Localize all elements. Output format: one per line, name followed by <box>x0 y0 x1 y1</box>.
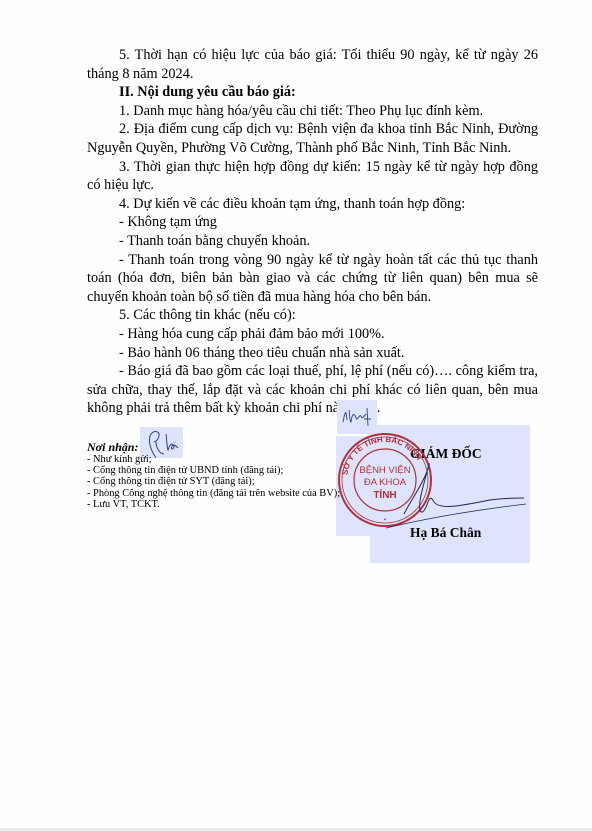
paragraph-warranty: - Bảo hành 06 tháng theo tiêu chuẩn nhà … <box>87 344 538 363</box>
initials-mark-icon <box>340 404 374 430</box>
recipient-item: - Phòng Công nghệ thông tin (đăng tải tr… <box>87 488 340 499</box>
paragraph-payment-90-days: - Thanh toán trong vòng 90 ngày kể từ ng… <box>87 251 538 307</box>
recipient-item: - Lưu VT, TCKT. <box>87 499 340 510</box>
paragraph-payment-terms: 4. Dự kiến về các điều khoản tạm ứng, th… <box>87 195 538 214</box>
recipient-item: - Như kính gửi; <box>87 454 340 465</box>
director-signature-icon <box>380 458 530 528</box>
paragraph-new-goods: - Hàng hóa cung cấp phải đảm bảo mới 100… <box>87 325 538 344</box>
paragraph-no-advance: - Không tạm ứng <box>87 213 538 232</box>
paragraph-location: 2. Địa điểm cung cấp dịch vụ: Bệnh viện … <box>87 120 538 157</box>
recipient-item: - Cổng thông tin điện tử SYT (đăng tải); <box>87 476 340 487</box>
paragraph-bank-transfer: - Thanh toán bằng chuyển khoản. <box>87 232 538 251</box>
document-body: 5. Thời hạn có hiệu lực của báo giá: Tối… <box>87 46 538 418</box>
recipients-block: Nơi nhận: - Như kính gửi; - Cổng thông t… <box>87 440 340 510</box>
section-heading: II. Nội dung yêu cầu báo giá: <box>87 83 538 102</box>
paragraph-duration: 3. Thời gian thực hiện hợp đồng dự kiến:… <box>87 158 538 195</box>
signatory-name: Hạ Bá Chân <box>410 525 481 541</box>
paragraph-other-info: 5. Các thông tin khác (nếu có): <box>87 306 538 325</box>
recipients-title: Nơi nhận: <box>87 440 340 454</box>
paragraph-validity: 5. Thời hạn có hiệu lực của báo giá: Tối… <box>87 46 538 83</box>
recipient-item: - Cổng thông tin điện tử UBND tỉnh (đăng… <box>87 465 340 476</box>
paragraph-price-inclusion: - Báo giá đã bao gồm các loại thuế, phí,… <box>87 362 538 418</box>
document-page: 5. Thời hạn có hiệu lực của báo giá: Tối… <box>0 0 592 828</box>
paragraph-goods-list: 1. Danh mục hàng hóa/yêu cầu chi tiết: T… <box>87 102 538 121</box>
